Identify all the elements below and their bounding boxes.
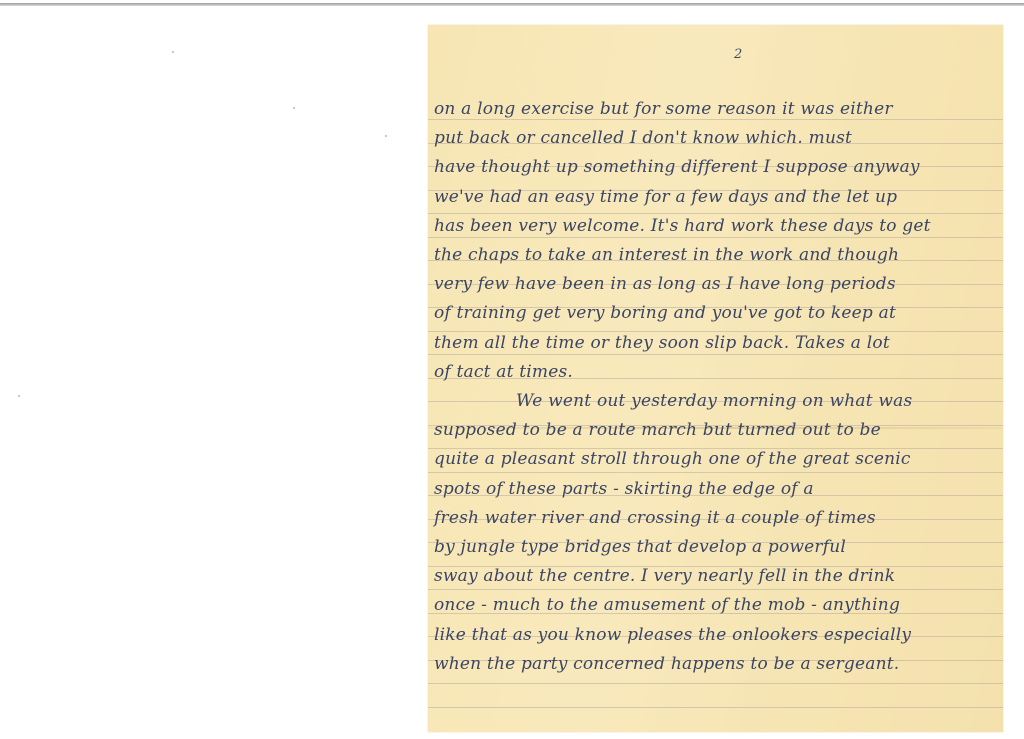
letter-line: the chaps to take an interest in the wor… [434,245,899,265]
scanner-edge [0,3,1024,6]
letter-line: by jungle type bridges that develop a po… [434,537,846,557]
letter-line: we've had an easy time for a few days an… [434,187,897,207]
letter-line: on a long exercise but for some reason i… [434,99,893,119]
letter-line: them all the time or they soon slip back… [434,333,890,353]
letter-page: 2 on a long exercise but for some reason… [428,25,1003,732]
letter-line: once - much to the amusement of the mob … [434,595,900,615]
ruled-line [428,589,1003,590]
letter-line: like that as you know pleases the onlook… [434,625,911,645]
letter-line: of tact at times. [434,362,573,382]
scan-speck [172,51,174,53]
letter-line: sway about the centre. I very nearly fel… [434,566,895,586]
scan-speck [18,395,20,397]
page-number: 2 [734,47,742,62]
ruled-line [428,213,1003,214]
letter-line: when the party concerned happens to be a… [434,654,899,674]
scan-speck [385,135,387,137]
ruled-line [428,354,1003,355]
letter-line: put back or cancelled I don't know which… [434,128,852,148]
letter-line: very few have been in as long as I have … [434,274,896,294]
letter-line: quite a pleasant stroll through one of t… [434,449,911,469]
letter-line: of training get very boring and you've g… [434,303,896,323]
letter-line: fresh water river and crossing it a coup… [434,508,876,528]
letter-line: have thought up something different I su… [434,157,920,177]
letter-line: supposed to be a route march but turned … [434,420,881,440]
ruled-line [428,472,1003,473]
letter-line: has been very welcome. It's hard work th… [434,216,931,236]
scan-speck [293,107,295,109]
ruled-line [428,683,1003,684]
letter-line: We went out yesterday morning on what wa… [516,391,912,411]
ruled-line [428,119,1003,120]
ruled-line [428,707,1003,708]
letter-line: spots of these parts - skirting the edge… [434,479,814,499]
ruled-line [428,237,1003,238]
